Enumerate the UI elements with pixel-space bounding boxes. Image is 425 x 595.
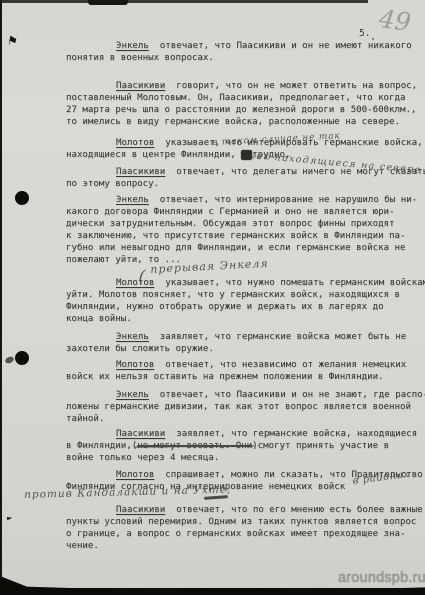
site-watermark: aroundspb.ru	[338, 570, 425, 586]
paragraph-molotov-2: Молотов указывает, что нужно помешать ге…	[66, 277, 422, 325]
scan-edge-left	[0, 0, 2, 595]
hole-punch-bottom	[15, 351, 29, 365]
speaker-name: Паасикиви	[116, 81, 165, 91]
scan-edge-top	[0, 0, 368, 3]
struck-out-text: не могут воевать. Они	[137, 441, 252, 451]
paragraph-enkel-3: Энкель заявляет, что германские войска м…	[66, 331, 422, 355]
scanned-document-page: { "page": { "page_number": "5.", "pencil…	[0, 0, 425, 595]
paragraph-paasikivi-3: Паасикиви заявляет, что германские войск…	[66, 428, 422, 464]
speaker-name: Энкель	[116, 390, 149, 400]
hole-punch-top	[15, 191, 29, 205]
speaker-name: Энкель	[116, 41, 149, 51]
paragraph-molotov-3: Молотов отвечает, что независимо от жела…	[66, 359, 422, 383]
paragraph-enkel-4: Энкель отвечает, что Паасикиви и он не з…	[66, 389, 422, 425]
margin-arrow-icon: ►	[6, 514, 12, 523]
paragraph-paasikivi-1: Паасикиви говорит, что он не может ответ…	[66, 80, 422, 128]
pencil-page-number: 49	[377, 4, 413, 37]
paragraph-enkel-2: Энкель отвечает, что интернирование не н…	[66, 194, 422, 266]
speaker-name: Паасикиви	[116, 429, 165, 439]
speaker-name: Молотов	[116, 360, 154, 370]
speaker-name: Молотов	[116, 470, 154, 480]
speaker-name: Молотов	[116, 278, 154, 288]
paragraph-text: отвечает, что интернирование не нарушило…	[66, 195, 417, 265]
paragraph-paasikivi-4: Паасикиви отвечает, что по его мнению ес…	[66, 504, 422, 552]
paragraph-enkel-1: Энкель отвечает, что Паасикиви и он не и…	[66, 40, 422, 64]
typed-page-number: 5.	[359, 28, 370, 39]
scan-edge-top-blob	[88, 0, 128, 5]
speaker-name: Молотов	[116, 138, 154, 148]
speaker-name: Энкель	[116, 195, 149, 205]
speaker-name: Энкель	[116, 332, 149, 342]
speaker-name: Паасикиви	[116, 505, 165, 515]
speaker-name: Паасикиви	[116, 167, 165, 177]
